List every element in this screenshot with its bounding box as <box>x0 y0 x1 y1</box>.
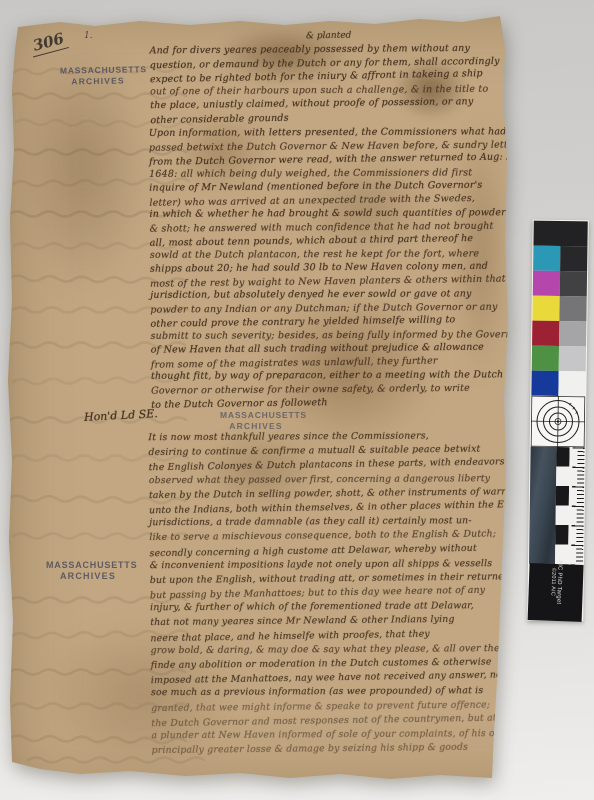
photograph-of-manuscript: 306 1. MASSACHUSETTS ARCHIVES MASSACHUSE… <box>0 0 594 800</box>
manuscript-line: & inconvenient impositions layde not one… <box>150 558 535 575</box>
target-gray-patch-6 <box>558 371 585 396</box>
archives-stamp-middle: MASSACHUSETTS ARCHIVES <box>220 410 292 431</box>
manuscript-line: grow bold, & daring, & may doe & say wha… <box>151 643 536 660</box>
manuscript-line: submitt to such severity; besides, as be… <box>151 329 526 344</box>
manuscript-line: injury, & further of which of the foreme… <box>150 600 535 617</box>
ruler-slate-bar <box>529 447 557 564</box>
target-label-line1: AIC PhD Target <box>555 554 563 610</box>
manuscript-paragraph-3: It is now most thankfull yeares since th… <box>148 429 536 759</box>
manuscript-line: out of one of their harbours upon such a… <box>150 83 500 99</box>
manuscript-page-wrap: 306 1. MASSACHUSETTS ARCHIVES MASSACHUSE… <box>0 0 594 800</box>
target-gray-patch-2 <box>560 271 587 296</box>
color-calibration-target: AIC PhD Target ©2011 AIC <box>527 220 589 622</box>
manuscript-line: It is now most thankfull yeares since th… <box>148 430 533 447</box>
focus-target-icon <box>531 396 586 448</box>
target-label: AIC PhD Target ©2011 AIC <box>528 563 584 622</box>
folio-number: 306 <box>28 29 69 58</box>
focus-target <box>531 396 586 448</box>
archives-stamp-lower: MASSACHUSETTS ARCHIVES <box>46 560 130 583</box>
target-gray-patch-4 <box>559 321 586 346</box>
manuscript-line: principally greater losse & damage by se… <box>152 741 537 759</box>
stamp-line2: ARCHIVES <box>46 571 130 582</box>
manuscript-line: sowld at the Dutch plantacon, the rest h… <box>150 248 525 263</box>
archives-stamp-top: MASSACHUSETTS ARCHIVES <box>60 64 136 87</box>
manuscript-line: observed what they passed over first, co… <box>149 472 534 489</box>
marginal-note: Hon'd Ld SE. <box>84 407 158 424</box>
manuscript-line: And for divers yeares peaceably possesse… <box>150 43 500 59</box>
target-color-patch-yellow <box>532 296 559 321</box>
manuscript-paragraph-2: Upon information, with letters presented… <box>149 125 526 412</box>
target-color-patch-magenta <box>533 271 560 296</box>
manuscript-page: 306 1. MASSACHUSETTS ARCHIVES MASSACHUSE… <box>0 0 594 800</box>
folio-secondary-number: 1. <box>84 31 93 41</box>
stamp-line2: ARCHIVES <box>60 75 136 87</box>
target-color-patch-blue <box>531 371 558 396</box>
stamp-line2: ARCHIVES <box>220 421 292 432</box>
ruler-tick-scale <box>568 447 585 564</box>
manuscript-paragraph-1: And for divers yeares peaceably possesse… <box>150 42 501 127</box>
target-color-patch-red <box>532 321 559 346</box>
target-ruler <box>529 447 585 565</box>
stamp-line1: MASSACHUSETTS <box>60 64 136 76</box>
target-label-text: AIC PhD Target ©2011 AIC <box>549 554 563 610</box>
interline-insertion: & planted <box>306 31 352 42</box>
target-gray-patch-1 <box>560 246 587 271</box>
target-gray-patch-5 <box>559 346 586 371</box>
target-black-patch <box>533 221 587 247</box>
target-gray-patch-3 <box>559 296 586 321</box>
target-color-patch-cyan <box>533 246 560 271</box>
target-color-patch-green <box>532 346 559 371</box>
stamp-line1: MASSACHUSETTS <box>46 560 130 571</box>
manuscript-line: 1648: all which being duly weighed, the … <box>149 167 524 182</box>
